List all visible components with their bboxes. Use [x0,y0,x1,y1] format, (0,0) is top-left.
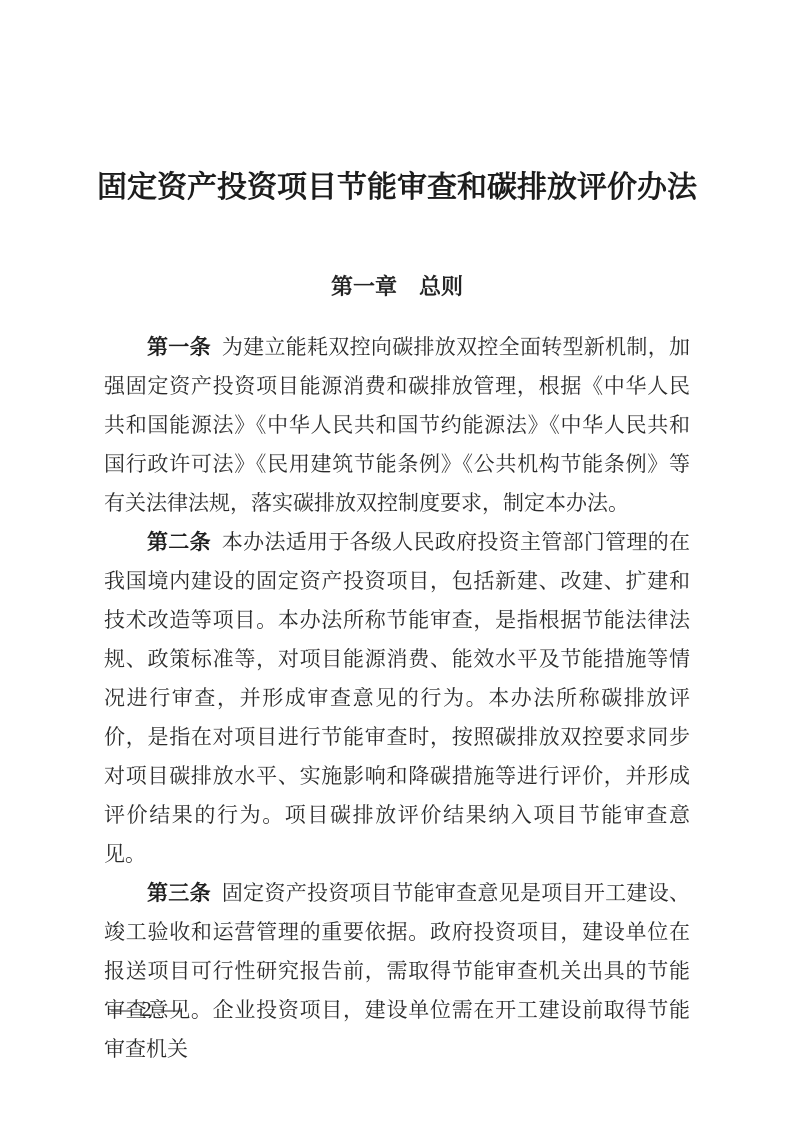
article-1-paragraph: 第一条为建立能耗双控向碳排放双控全面转型新机制，加强固定资产投资项目能源消费和碳… [104,328,690,523]
article-2-paragraph: 第二条本办法适用于各级人民政府投资主管部门管理的在我国境内建设的固定资产投资项目… [104,523,690,874]
page-number: — 2 — [111,995,184,1023]
article-3-text: 固定资产投资项目节能审查意见是项目开工建设、竣工验收和运营管理的重要依据。政府投… [104,881,690,1061]
article-2-text: 本办法适用于各级人民政府投资主管部门管理的在我国境内建设的固定资产投资项目，包括… [104,530,690,866]
chapter-heading: 第一章 总则 [0,272,794,302]
document-title: 固定资产投资项目节能审查和碳排放评价办法 [0,168,794,208]
article-1-label: 第一条 [147,336,211,359]
article-2-label: 第二条 [147,531,211,554]
document-page: 固定资产投资项目节能审查和碳排放评价办法 第一章 总则 第一条为建立能耗双控向碳… [0,0,794,1123]
article-3-paragraph: 第三条固定资产投资项目节能审查意见是项目开工建设、竣工验收和运营管理的重要依据。… [104,874,690,1069]
article-3-label: 第三条 [147,882,211,905]
document-body: 第一条为建立能耗双控向碳排放双控全面转型新机制，加强固定资产投资项目能源消费和碳… [104,328,690,1069]
article-1-text: 为建立能耗双控向碳排放双控全面转型新机制，加强固定资产投资项目能源消费和碳排放管… [104,335,690,515]
